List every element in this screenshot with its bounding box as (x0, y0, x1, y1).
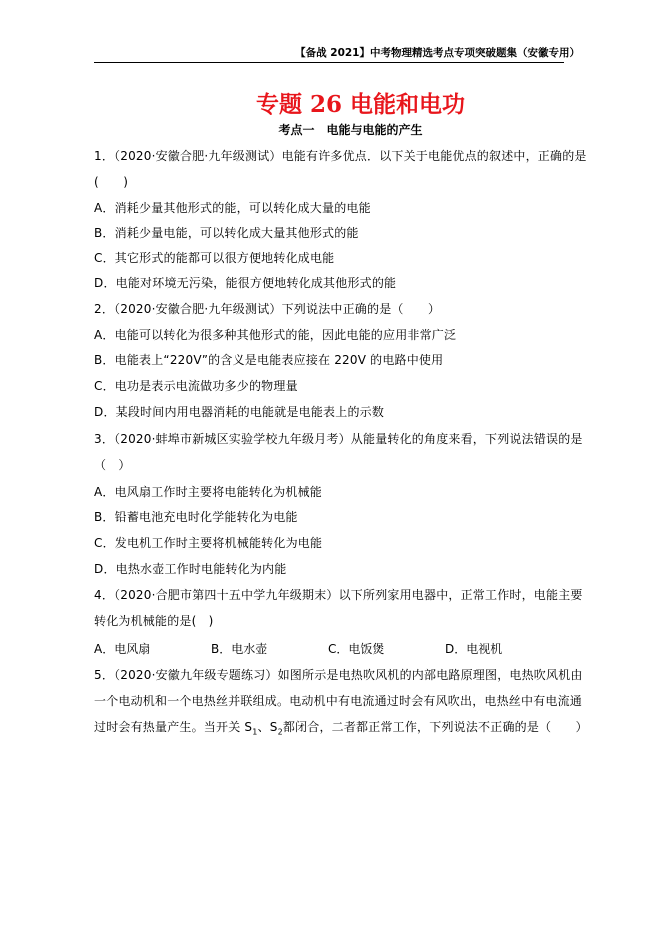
question-1-answer-blank: ( ) (94, 174, 128, 190)
question-3-option-b: B．铅蓄电池充电时化学能转化为电能 (94, 509, 298, 525)
question-4-stem: 4．（2020·合肥市第四十五中学九年级期末）以下所列家用电器中，正常工作时，电… (94, 587, 583, 603)
page-title: 专题 26 电能和电功 (0, 86, 661, 119)
question-4-options: A．电风扇B．电水壶C．电饭煲D．电视机 (94, 641, 564, 657)
question-3-option-d: D．电热水壶工作时电能转化为内能 (94, 561, 286, 577)
question-4-option-c: C．电饭煲 (328, 641, 445, 657)
question-5-stem-line3: 过时会有热量产生。当开关 S1、S2都闭合，二者都正常工作，下列说法不正确的是（… (94, 719, 588, 740)
question-4-stem-cont: 转化为机械能的是( ) (94, 613, 214, 629)
question-1-option-c: C．其它形式的能都可以很方便地转化成电能 (94, 250, 334, 266)
question-1-option-a: A．消耗少量其他形式的能，可以转化成大量的电能 (94, 200, 371, 216)
page-header-text: 【备战 2021】中考物理精选考点专项突破题集（安徽专用） (200, 45, 580, 60)
question-4-option-d: D．电视机 (445, 641, 562, 657)
question-5-stem: 5．（2020·安徽九年级专题练习）如图所示是电热吹风机的内部电路原理图，电热吹… (94, 667, 583, 683)
question-1-stem: 1．（2020·安徽合肥·九年级测试）电能有许多优点．以下关于电能优点的叙述中，… (94, 148, 587, 164)
question-4-option-a: A．电风扇 (94, 641, 211, 657)
question-3-answer-blank: （ ） (94, 457, 131, 473)
question-3-option-a: A．电风扇工作时主要将电能转化为机械能 (94, 484, 322, 500)
question-3-stem: 3．（2020·蚌埠市新城区实验学校九年级月考）从能量转化的角度来看，下列说法错… (94, 431, 583, 447)
header-rule (94, 62, 564, 63)
question-2-option-c: C．电功是表示电流做功多少的物理量 (94, 378, 298, 394)
question-4-option-b: B．电水壶 (211, 641, 328, 657)
question-2-option-d: D．某段时间内用电器消耗的电能就是电能表上的示数 (94, 404, 384, 420)
question-1-option-d: D．电能对环境无污染，能很方便地转化成其他形式的能 (94, 275, 396, 291)
question-1-option-b: B．消耗少量电能，可以转化成大量其他形式的能 (94, 225, 359, 241)
question-5-stem-line2: 一个电动机和一个电热丝并联组成。电动机中有电流通过时会有风吹出，电热丝中有电流通 (94, 693, 582, 709)
section-heading: 考点一 电能与电能的产生 (0, 121, 661, 138)
question-2-stem: 2．（2020·安徽合肥·九年级测试）下列说法中正确的是（ ） (94, 301, 440, 317)
question-2-option-a: A．电能可以转化为很多种其他形式的能，因此电能的应用非常广泛 (94, 327, 456, 343)
question-2-option-b: B．电能表上“220V”的含义是电能表应接在 220V 的电路中使用 (94, 352, 443, 368)
question-3-option-c: C．发电机工作时主要将机械能转化为电能 (94, 535, 322, 551)
